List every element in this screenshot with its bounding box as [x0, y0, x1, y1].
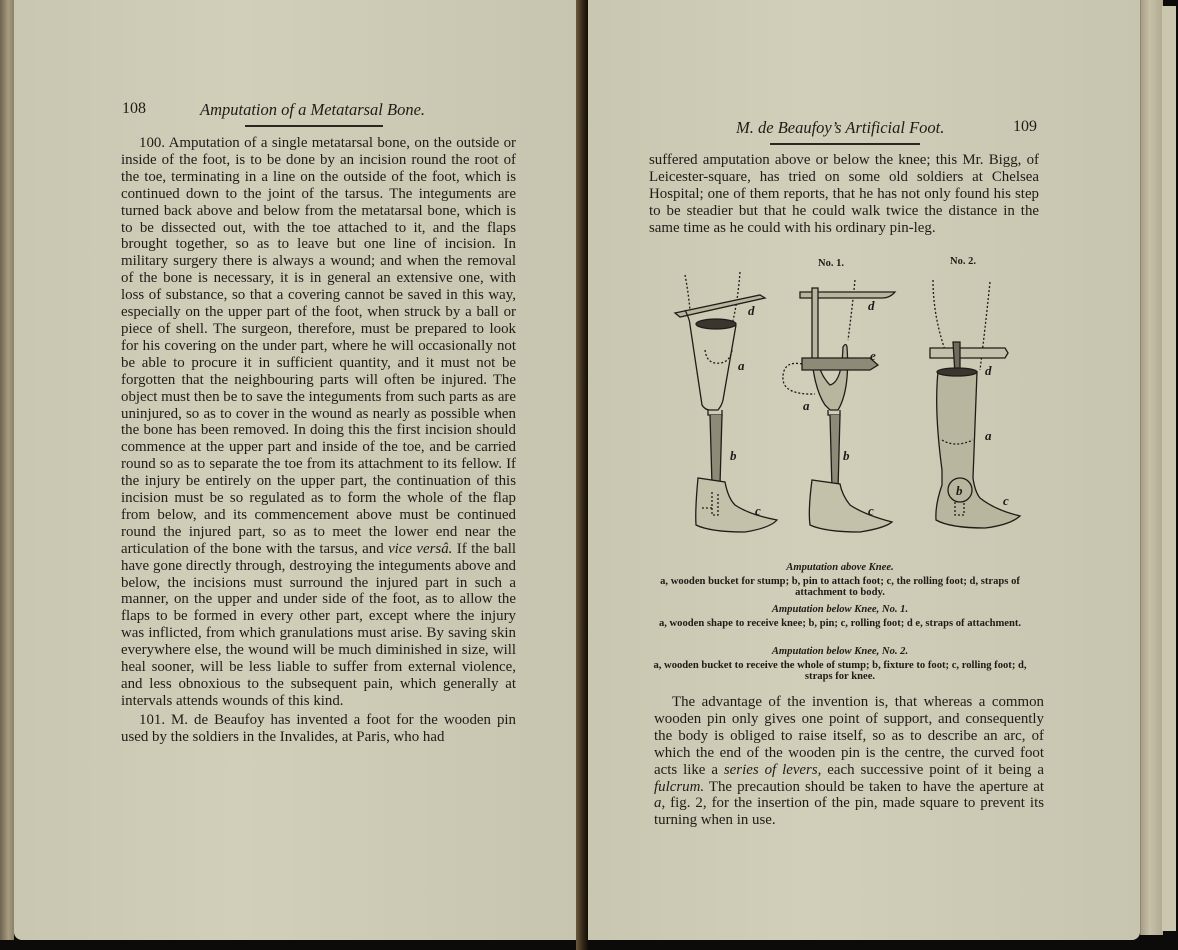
caption-below-knee-no1: Amputation below Knee, No. 1. a, wooden …: [640, 604, 1040, 629]
paragraph-101: 101. M. de Beaufoy has invented a foot f…: [121, 712, 516, 746]
advantage-paragraph: The advantage of the invention is, that …: [654, 694, 1044, 829]
right-continuation: suffered amputation above or below the k…: [649, 152, 1039, 237]
fig-letter-b: b: [730, 448, 737, 463]
left-head-rule: [245, 125, 383, 127]
leg-below-knee-no1-figure: [783, 280, 895, 532]
fig-letter-c: c: [1003, 493, 1009, 508]
right-head-rule: [770, 143, 920, 145]
fig-letter-c: c: [868, 503, 874, 518]
figure-label-no2: No. 2.: [950, 256, 976, 267]
artificial-leg-illustration: d a b c d e a b c d a b c: [650, 270, 1050, 550]
leg-below-knee-no2-figure: [930, 280, 1020, 528]
caption-below-knee-no2: Amputation below Knee, No. 2. a, wooden …: [640, 646, 1040, 683]
right-running-head: M. de Beaufoy’s Artificial Foot.: [736, 118, 944, 138]
italic-a: a,: [654, 795, 665, 811]
right-page-stack: [1162, 6, 1176, 931]
fig-letter-c: c: [755, 503, 761, 518]
left-body: 100. Amputation of a single metatarsal b…: [121, 135, 516, 746]
book-gutter: [576, 0, 588, 950]
caption-body: a, wooden bucket for stump; b, pin to at…: [640, 576, 1040, 599]
fig-letter-a: a: [803, 398, 810, 413]
fig-letter-a: a: [985, 428, 992, 443]
caption-title: Amputation below Knee, No. 1.: [640, 604, 1040, 616]
left-page-edge: [0, 0, 14, 940]
fig-letter-d: d: [748, 303, 755, 318]
left-folio: 108: [122, 100, 146, 118]
fig-letter-d: d: [868, 298, 875, 313]
right-page-edge: [1140, 0, 1163, 935]
figure-label-no1: No. 1.: [818, 258, 844, 269]
left-running-head: Amputation of a Metatarsal Bone.: [200, 100, 425, 120]
caption-title: Amputation above Knee.: [640, 562, 1040, 574]
leg-above-knee-figure: [675, 272, 777, 532]
caption-body: a, wooden shape to receive knee; b, pin;…: [640, 618, 1040, 630]
right-folio: 109: [1013, 118, 1037, 136]
right-final-body: The advantage of the invention is, that …: [654, 694, 1044, 829]
continuation-paragraph: suffered amputation above or below the k…: [649, 152, 1039, 237]
paragraph-100: 100. Amputation of a single metatarsal b…: [121, 135, 516, 710]
fig-letter-a: a: [738, 358, 745, 373]
italic-series-of-levers: series of levers,: [724, 762, 821, 778]
italic-vice-versa: vice versâ.: [388, 541, 452, 557]
fig-letter-b: b: [956, 483, 963, 498]
fig-letter-d: d: [985, 363, 992, 378]
fig-letter-e: e: [870, 348, 876, 363]
fig-letter-b: b: [843, 448, 850, 463]
italic-fulcrum: fulcrum.: [654, 779, 704, 795]
caption-title: Amputation below Knee, No. 2.: [640, 646, 1040, 658]
caption-above-knee: Amputation above Knee. a, wooden bucket …: [640, 562, 1040, 599]
caption-body: a, wooden bucket to receive the whole of…: [640, 660, 1040, 683]
